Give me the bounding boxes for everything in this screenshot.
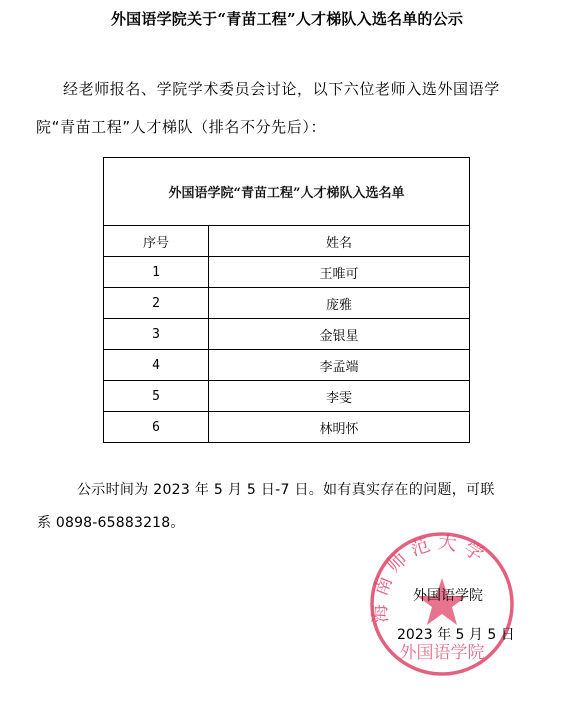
row-number: 6 [104,412,209,443]
svg-text:海南师范大学: 海南师范大学 [368,531,492,624]
table-row: 5 李雯 [104,381,470,412]
row-number: 2 [104,288,209,319]
document-title: 外国语学院关于“青苗工程”人才梯队入选名单的公示 [0,8,574,29]
row-number: 3 [104,319,209,350]
column-header-number: 序号 [104,226,209,257]
row-name: 林明怀 [209,412,470,443]
row-name: 李雯 [209,381,470,412]
row-number: 5 [104,381,209,412]
table-row: 3 金银星 [104,319,470,350]
table-row: 2 庞雅 [104,288,470,319]
row-number: 1 [104,257,209,288]
intro-paragraph-line-1: 经老师报名、学院学术委员会讨论，以下六位老师入选外国语学 [63,79,500,99]
stamp-arc-text: 海南师范大学 [368,531,492,624]
row-name: 庞雅 [209,288,470,319]
selection-list-table: 外国语学院“青苗工程”人才梯队入选名单 序号 姓名 1 王唯可 2 庞雅 3 金… [103,157,470,443]
row-name: 王唯可 [209,257,470,288]
column-header-name: 姓名 [209,226,470,257]
table-caption: 外国语学院“青苗工程”人才梯队入选名单 [104,158,470,226]
table-row: 1 王唯可 [104,257,470,288]
signature-organization: 外国语学院 [413,585,483,605]
row-name: 李孟端 [209,350,470,381]
intro-paragraph-line-2: 院“青苗工程”人才梯队（排名不分先后）： [36,117,326,137]
notice-paragraph-line-2: 系 0898-65883218。 [37,513,185,533]
notice-paragraph-line-1: 公示时间为 2023 年 5 月 5 日-7 日。如有真实存在的问题，可联 [77,480,495,500]
stamp-bottom-text: 外国语学院 [400,643,485,663]
table-row: 6 林明怀 [104,412,470,443]
row-number: 4 [104,350,209,381]
signature-date: 2023 年 5 月 5 日 [397,624,515,644]
table-row: 4 李孟端 [104,350,470,381]
row-name: 金银星 [209,319,470,350]
